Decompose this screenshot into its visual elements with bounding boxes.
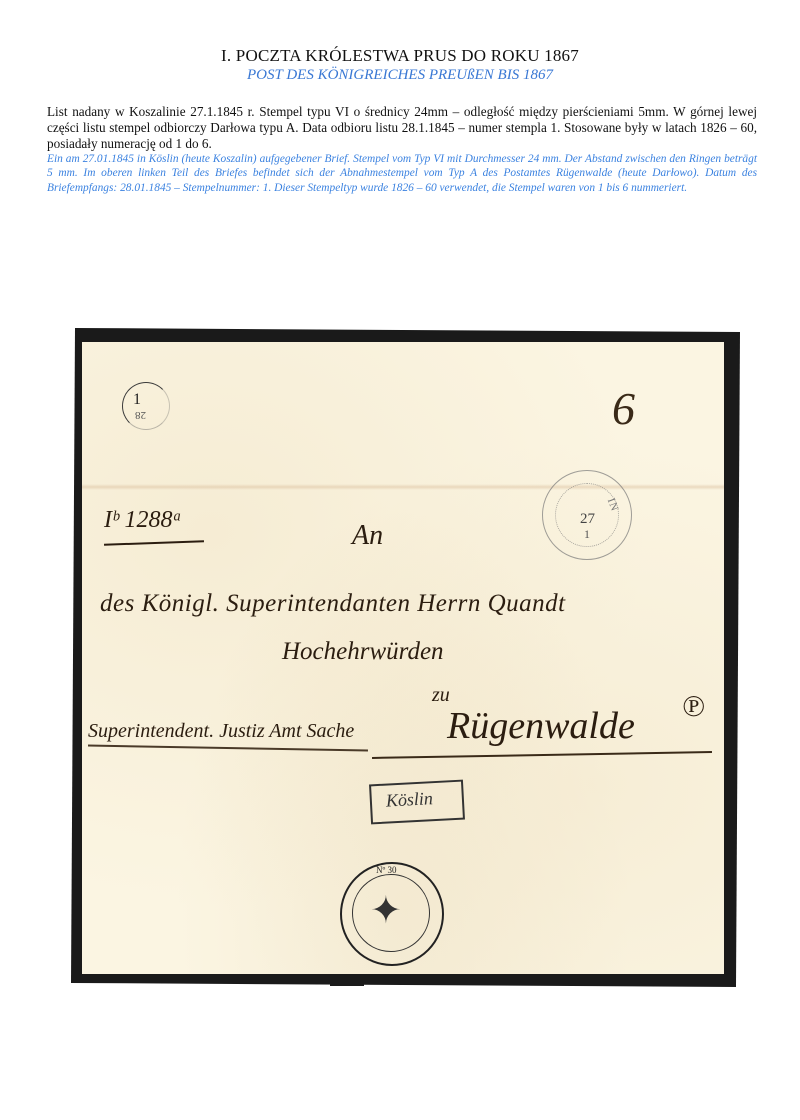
dispatch-postmark-day: 27 [580, 511, 595, 528]
address-line-1: des Königl. Superintendanten Herrn Quand… [100, 590, 566, 618]
eagle-icon: ✦ [370, 888, 402, 932]
dispatch-postmark-month: 1 [584, 527, 590, 542]
letter-scan: 1 28 6 Iᵇ 1288ᵃ An 27 1 IN des Königl. S… [82, 342, 724, 974]
page-title-german: POST DES KÖNIGREICHES PREUßEN BIS 1867 [0, 66, 800, 84]
rate-mark: 6 [612, 382, 635, 435]
description-german: Ein am 27.01.1845 in Köslin (heute Kosza… [47, 152, 757, 195]
reference-number: Iᵇ 1288ᵃ [104, 507, 182, 534]
receiving-postmark: 1 28 [122, 382, 170, 430]
address-line-2: Hochehrwürden [282, 638, 444, 666]
box-cancellation-stamp: Köslin [369, 780, 465, 825]
flourish-mark: ℗ [682, 690, 705, 724]
fold-line [82, 484, 724, 490]
sender-note-underline [88, 745, 368, 751]
box-stamp-text: Köslin [385, 788, 433, 811]
sender-note: Superintendent. Justiz Amt Sache [88, 720, 354, 743]
page-title-polish: I. POCZTA KRÓLESTWA PRUS DO ROKU 1867 [0, 46, 800, 66]
address-salutation: An [352, 520, 383, 552]
official-seal: Nº 30 ✦ [340, 862, 444, 966]
page-header: I. POCZTA KRÓLESTWA PRUS DO ROKU 1867 PO… [0, 46, 800, 84]
mount-notch [330, 972, 364, 986]
dispatch-postmark: 27 1 IN [542, 470, 632, 560]
description: List nadany w Koszalinie 27.1.1845 r. St… [47, 104, 757, 195]
destination-underline [372, 751, 712, 759]
receiving-postmark-date: 28 [135, 409, 146, 421]
reference-underline [104, 540, 204, 545]
seal-number: Nº 30 [376, 865, 397, 875]
description-polish: List nadany w Koszalinie 27.1.1845 r. St… [47, 104, 757, 152]
destination-town: Rügenwalde [447, 704, 635, 748]
receiving-postmark-mark: 1 [133, 391, 141, 409]
